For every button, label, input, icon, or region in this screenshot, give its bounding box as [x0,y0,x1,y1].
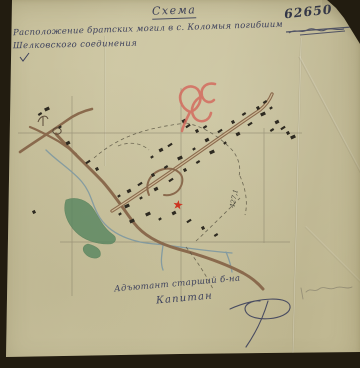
signature-flourish [230,299,290,347]
paper-sheet: 427,1 [0,0,360,368]
burial-site-star [173,199,184,209]
map-title: Схема [152,3,197,20]
elevation-label: 427,1 [228,189,240,210]
photographed-map-document: 427,1 [0,0,360,368]
red-pencil-stamp [180,84,215,131]
loop-road [147,169,182,195]
hand-drawn-map: 427,1 [0,0,360,368]
check-mark [20,53,29,61]
crossed-out-word [286,27,352,35]
map-grid [18,88,302,302]
road-west-spur [20,109,92,152]
pencil-note-scribble [301,287,352,299]
tree-symbol [38,116,48,126]
